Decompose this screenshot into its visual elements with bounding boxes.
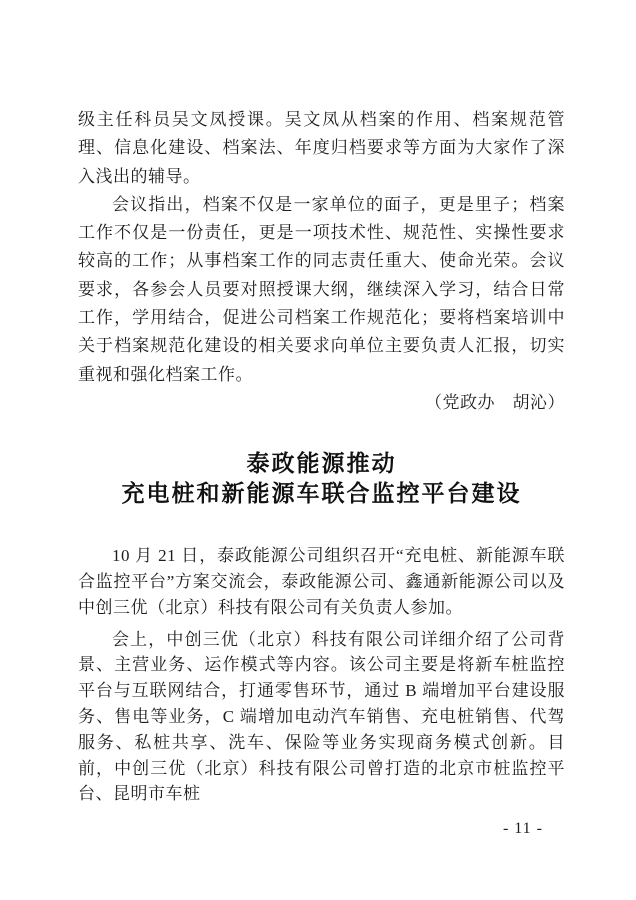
document-content: 级主任科员吴文凤授课。吴文凤从档案的作用、档案规范管理、信息化建设、档案法、年度… — [78, 106, 565, 807]
article2-title-line1: 泰政能源推动 — [78, 449, 565, 479]
article2-title-line2: 充电桩和新能源车联合监控平台建设 — [78, 479, 565, 509]
page-number: - 11 - — [0, 820, 543, 838]
article1-paragraph-continued: 级主任科员吴文凤授课。吴文凤从档案的作用、档案规范管理、信息化建设、档案法、年度… — [78, 106, 565, 191]
article2-title: 泰政能源推动 充电桩和新能源车联合监控平台建设 — [78, 449, 565, 509]
article1-byline: （党政办 胡沁） — [78, 389, 565, 417]
article1-paragraph: 会议指出，档案不仅是一家单位的面子，更是里子；档案工作不仅是一份责任，更是一项技… — [78, 191, 565, 389]
article2-paragraph: 会上，中创三优（北京）科技有限公司详细介绍了公司背景、主营业务、运作模式等内容。… — [78, 627, 565, 808]
article2-paragraph: 10 月 21 日，泰政能源公司组织召开“充电桩、新能源车联合监控平台”方案交流… — [78, 543, 565, 620]
document-page: 级主任科员吴文凤授课。吴文凤从档案的作用、档案规范管理、信息化建设、档案法、年度… — [0, 0, 636, 900]
